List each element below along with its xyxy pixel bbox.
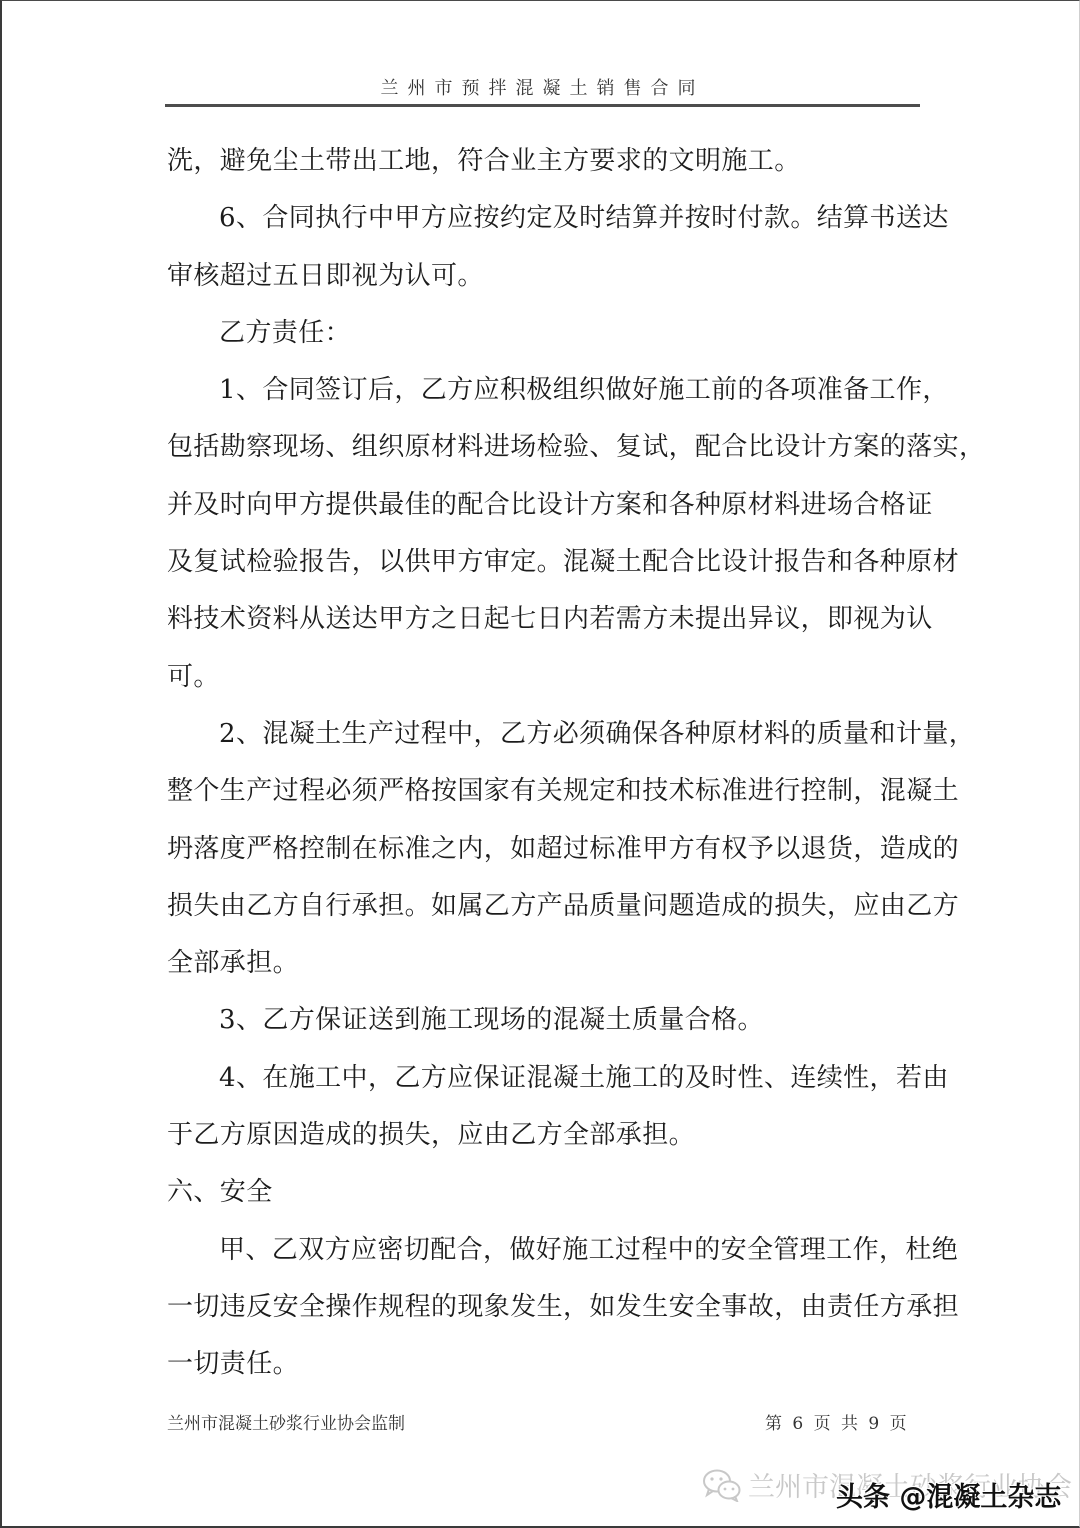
paragraph-line: 一切责任。 [167,1336,927,1393]
paragraph-line: 并及时向甲方提供最佳的配合比设计方案和各种原材料进场合格证 [167,477,927,534]
footer-page-number: 第 6 页 共 9 页 [765,1412,908,1436]
header-divider [165,104,920,107]
section-subheading: 乙方责任： [167,305,927,362]
paragraph-line: 坍落度严格控制在标准之内，如超过标准甲方有权予以退货，造成的 [167,821,927,878]
footer-issuer: 兰州市混凝土砂浆行业协会监制 [167,1412,405,1436]
paragraph-line: 3、乙方保证送到施工现场的混凝土质量合格。 [167,992,927,1049]
paragraph-line: 审核超过五日即视为认可。 [167,248,927,305]
paragraph-line: 于乙方原因造成的损失，应由乙方全部承担。 [167,1107,927,1164]
credit-watermark: 头条 @混凝土杂志 [836,1475,1061,1514]
document-body: 洗，避免尘土带出工地，符合业主方要求的文明施工。 6、合同执行中甲方应按约定及时… [167,133,927,1394]
document-page: 兰州市预拌混凝土销售合同 洗，避免尘土带出工地，符合业主方要求的文明施工。 6、… [0,0,1080,1528]
paragraph-line: 1、合同签订后，乙方应积极组织做好施工前的各项准备工作， [167,362,927,419]
paragraph-line: 包括勘察现场、组织原材料进场检验、复试，配合比设计方案的落实， [167,419,927,476]
paragraph-line: 6、合同执行中甲方应按约定及时结算并按时付款。结算书送达 [167,190,927,247]
paragraph-line: 整个生产过程必须严格按国家有关规定和技术标准进行控制，混凝土 [167,763,927,820]
paragraph-line: 全部承担。 [167,935,927,992]
paragraph-line: 2、混凝土生产过程中，乙方必须确保各种原材料的质量和计量， [167,706,927,763]
paragraph-line: 4、在施工中，乙方应保证混凝土施工的及时性、连续性，若由 [167,1050,927,1107]
wechat-icon [702,1468,742,1502]
paragraph-line: 一切违反安全操作规程的现象发生，如发生安全事故，由责任方承担 [167,1279,927,1336]
paragraph-line: 甲、乙双方应密切配合，做好施工过程中的安全管理工作，杜绝 [167,1222,927,1279]
paragraph-line: 及复试检验报告，以供甲方审定。混凝土配合比设计报告和各种原材 [167,534,927,591]
running-header-title: 兰州市预拌混凝土销售合同 [165,77,920,101]
paragraph-line: 料技术资料从送达甲方之日起七日内若需方未提出异议，即视为认 [167,591,927,648]
paragraph-line: 洗，避免尘土带出工地，符合业主方要求的文明施工。 [167,133,927,190]
section-heading: 六、安全 [167,1164,927,1221]
paragraph-line: 损失由乙方自行承担。如属乙方产品质量问题造成的损失，应由乙方 [167,878,927,935]
paragraph-line: 可。 [167,649,927,706]
